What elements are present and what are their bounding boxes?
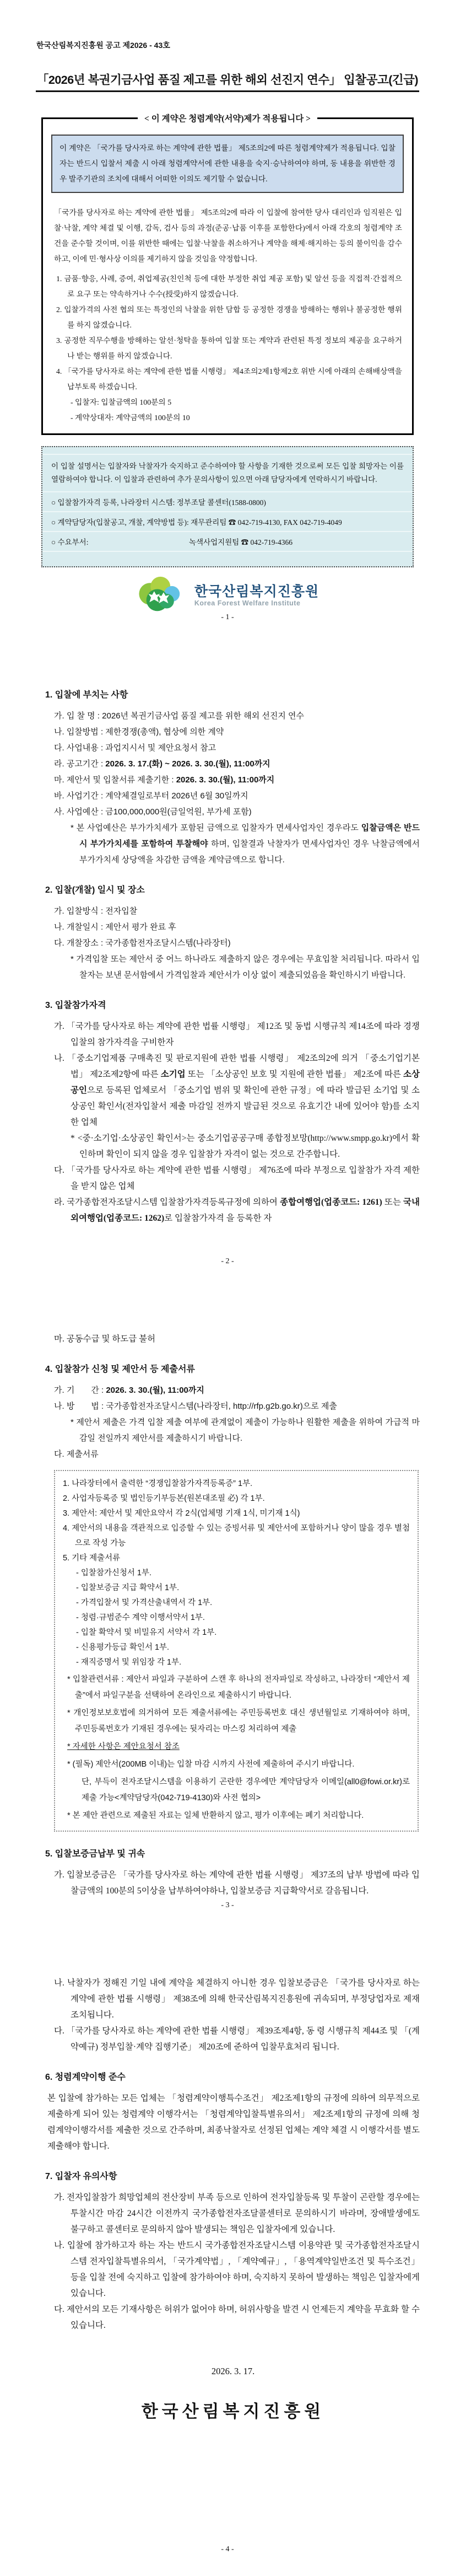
integrity-box-legend: < 이 계약은 청렴계약(서약)제가 적용됩니다 > xyxy=(138,112,317,124)
doc-list-sub-item: - 입찰 확약서 및 비밀유지 서약서 각 1부. xyxy=(76,1625,410,1640)
section-4-item: 나. 방 법 : 국가종합전자조달시스템(나라장터, http://rfp.g2… xyxy=(54,1398,420,1414)
contact-row-text: ○ 입찰참가자격 등록, 나라장터 시스템: 정부조달 콜센터(1588-080… xyxy=(51,496,266,507)
doc-list-sub-item: - 가격입찰서 및 가격산출내역서 각 1부. xyxy=(76,1596,410,1611)
section-6-body: 본 입찰에 참가하는 모든 업체는 「청렴계약이행특수조건」 제2조제1항의 규… xyxy=(47,2090,420,2154)
contact-row-demand-dept: ○ 수요부서: 녹색사업지원팀 ☎ 042-719-4366 xyxy=(42,531,413,551)
section-7-item: 가. 전자입찰참가 희망업체의 전산장비 부족 등으로 인하여 전자입찰등록 및… xyxy=(54,2189,420,2237)
section-2-item: 가. 입찰방식 : 전자입찰 xyxy=(54,903,420,919)
contact-row-label: ○ 수요부서: xyxy=(51,536,189,547)
doc-box-note: * 본 제안 관련으로 제출된 자료는 일체 반환하지 않고, 평가 이후에는 … xyxy=(67,1808,410,1824)
item-label: 라. 공고기간 : xyxy=(54,759,105,769)
pledge-item: 1. 금품·향응, 사례, 증여, 취업제공(친인척 등에 대한 부정한 취업 … xyxy=(56,271,402,302)
section-3-item: 가. 「국가를 당사자로 하는 계약에 관한 법률 시행령」 제12조 및 동법… xyxy=(54,1018,420,1050)
section-7-item: 다. 제안서의 모든 기재사항은 허위가 없어야 하며, 허위사항을 발견 시 … xyxy=(54,2301,420,2333)
item-value-bold: 2026. 3. 30.(월), 11:00까지 xyxy=(176,775,275,785)
integrity-pledge-intro: 「국가를 당사자로 하는 계약에 관한 법률」 제5조의2에 따라 이 입찰에 … xyxy=(54,205,402,267)
org-logo-korean: 한국산림복지진흥원 xyxy=(194,584,319,600)
contact-box-spacer xyxy=(42,447,413,455)
section-7-item: 나. 입찰에 참가하고자 하는 자는 반드시 국가종합전자조달시스템 이용약관 … xyxy=(54,2237,420,2301)
section-1-item: 사. 사업예산 : 금100,000,000원(금일억원, 부가세 포함) xyxy=(54,804,420,820)
item-label: 가. 기 간 : xyxy=(54,1386,106,1395)
doc-list-sub-item: - 입찰보증금 지급 확약서 1부. xyxy=(76,1581,410,1596)
section-2-item: 나. 개찰일시 : 제안서 평가 완료 후 xyxy=(54,919,420,935)
notice-number: 한국산림복지진흥원 공고 제2026 - 43호 xyxy=(36,40,455,51)
doc-box-note: * 입찰관련서류 : 제안서 파일과 구분하여 스캔 후 하나의 전자파일로 작… xyxy=(67,1672,410,1704)
item-text: 로 입찰참가자격 을 등록한 자 xyxy=(164,1214,272,1223)
section-4-heading: 4. 입찰참가 신청 및 제안서 등 제출서류 xyxy=(45,1361,420,1378)
issuing-organization: 한국산림복지진흥원 xyxy=(46,2403,420,2419)
section-1-heading: 1. 입찰에 부치는 사항 xyxy=(45,687,420,704)
page-number: - 1 - xyxy=(0,613,455,622)
doc-list-item: 4. 제안서의 내용을 객관적으로 입증할 수 있는 증빙서류 및 제안서에 포… xyxy=(63,1521,410,1551)
item-value-bold: 2026. 3. 17.(화) ~ 2026. 3. 30.(월), 11:00… xyxy=(105,759,270,769)
section-3-item: 나. 「중소기업제품 구매촉진 및 판로지원에 관한 법률 시행령」 제2조의2… xyxy=(54,1050,420,1130)
doc-list-sub-item: - 입찰참가신청서 1부. xyxy=(76,1566,410,1581)
section-1-item: 가. 입 찰 명 : 2026년 복권기금사업 품질 제고를 위한 해외 선진지… xyxy=(54,708,420,724)
section-5-item: 다. 「국가를 당사자로 하는 계약에 관한 법률 시행령」 제39조제4항, … xyxy=(54,2023,420,2055)
section-1-item: 라. 공고기간 : 2026. 3. 17.(화) ~ 2026. 3. 30.… xyxy=(54,756,420,772)
page-4: 나. 낙찰자가 정해진 기일 내에 계약을 체결하지 아니한 경우 입찰보증금은… xyxy=(0,1932,455,2576)
section-6-heading: 6. 청렴계약이행 준수 xyxy=(45,2069,420,2086)
org-logo-english: Korea Forest Welfare Institute xyxy=(194,599,319,607)
org-logo: 한국산림복지진흥원 Korea Forest Welfare Institute xyxy=(0,575,455,616)
announcement-date: 2026. 3. 17. xyxy=(46,2363,420,2379)
doc-list-sub-item: - 신용평가등급 확인서 1부. xyxy=(76,1640,410,1655)
contact-row-value: 녹색사업지원팀 ☎ 042-719-4366 xyxy=(189,536,292,547)
item-text: 또는 「소상공인 보호 및 지원에 관한 법률」 제2조에 따른 xyxy=(186,1070,403,1079)
item-text: 라. 국가종합전자조달시스템 입찰참가자격등록규정에 의하여 xyxy=(54,1198,280,1207)
item-text: 또는 xyxy=(382,1198,403,1207)
page-number: - 4 - xyxy=(0,2545,455,2554)
doc-box-note: * 자세한 사항은 제안요청서 참조 xyxy=(67,1739,410,1755)
page-1: 한국산림복지진흥원 공고 제2026 - 43호 「2026년 복권기금사업 품… xyxy=(0,0,455,644)
doc-box-note-continuation: 단, 부득이 전자조달시스템을 이용하기 곤란한 경우에만 계약담당자 이메일(… xyxy=(67,1774,410,1806)
doc-list-sub-item: - 청렴·규범준수 계약 이행서약서 1부. xyxy=(76,1611,410,1625)
title-wrap: 「2026년 복권기금사업 품질 제고를 위한 해외 선진지 연수」 입찰공고(… xyxy=(0,71,455,92)
section-1-item: 다. 사업내용 : 과업지시서 및 제안요청서 참고 xyxy=(54,740,420,756)
integrity-contract-box: < 이 계약은 청렴계약(서약)제가 적용됩니다 > 이 계약은 「국가를 당사… xyxy=(41,117,414,435)
section-7-heading: 7. 입찰자 유의사항 xyxy=(45,2169,420,2185)
doc-list-item: 1. 나라장터에서 출력한 “경쟁입찰참가자격등록증” 1부. xyxy=(63,1477,410,1491)
section-3-item: 라. 국가종합전자조달시스템 입찰참가자격등록규정에 의하여 종합여행업(업종코… xyxy=(54,1194,420,1226)
section-5-item: 가. 입찰보증금은 「국가를 당사자로 하는 계약에 관한 법률 시행령」 제3… xyxy=(54,1867,420,1899)
doc-list-item: 5. 기타 제출서류 xyxy=(63,1551,410,1566)
doc-box-note: * 개인정보보호법에 의거하여 모든 제출서류에는 주민등록번호 대신 생년월일… xyxy=(67,1705,410,1737)
item-text-bold: 소기업 xyxy=(161,1070,186,1079)
section-2-note: * 가격입찰 또는 제안서 중 어느 하나라도 제출하지 않은 경우에는 무효입… xyxy=(71,951,420,983)
integrity-pledge-items: 1. 금품·향응, 사례, 증여, 취업제공(친인척 등에 대한 부정한 취업 … xyxy=(56,271,402,426)
item-value-bold: 2026. 3. 30.(월), 11:00까지 xyxy=(106,1386,204,1395)
contact-row-contract-manager: ○ 계약담당자(입찰공고, 개찰, 계약방법 등): 재무관리팀 ☎ 042-7… xyxy=(42,511,413,531)
section-1-note: * 본 사업예산은 부가가치세가 포함된 금액으로 입찰자가 면세사업자인 경우… xyxy=(71,820,420,868)
contact-intro: 이 입찰 설명서는 입찰자와 낙찰자가 숙지하고 준수하여야 할 사항을 기재한… xyxy=(42,455,413,491)
doc-list-item: 3. 제안서: 제안서 및 제안요약서 각 2식(업체명 기재 1식, 미기재 … xyxy=(63,1506,410,1521)
section-1-item: 나. 입찰방법 : 제한경쟁(총액), 협상에 의한 계약 xyxy=(54,724,420,740)
org-logo-text: 한국산림복지진흥원 Korea Forest Welfare Institute xyxy=(194,584,319,608)
contact-row-text: ○ 계약담당자(입찰공고, 개찰, 계약방법 등): 재무관리팀 ☎ 042-7… xyxy=(51,516,342,527)
contact-row-registration: ○ 입찰참가자격 등록, 나라장터 시스템: 정부조달 콜센터(1588-080… xyxy=(42,491,413,511)
note-text: * 본 사업예산은 부가가치세가 포함된 금액으로 입찰자가 면세사업자인 경우… xyxy=(71,823,361,833)
contact-info-box: 이 입찰 설명서는 입찰자와 낙찰자가 숙지하고 준수하여야 할 사항을 기재한… xyxy=(41,446,414,567)
section-2-heading: 2. 입찰(개찰) 일시 및 장소 xyxy=(45,882,420,899)
doc-list-sub-item: - 재직증명서 및 위임장 각 1부. xyxy=(76,1655,410,1670)
section-3-item: 마. 공동수급 및 하도급 불허 xyxy=(54,1331,420,1347)
integrity-notice: 이 계약은 「국가를 당사자로 하는 계약에 관한 법률」 제5조의2에 따른 … xyxy=(51,135,404,193)
page-number: - 2 - xyxy=(0,1257,455,1266)
pledge-sub-item: - 입찰자: 입찰금액의 100분의 5 xyxy=(71,395,402,410)
item-label: 마. 제안서 및 입찰서류 제출기한 : xyxy=(54,775,176,785)
section-4-item: 다. 제출서류 xyxy=(54,1446,420,1462)
pledge-item: 2. 입찰가격의 사전 협의 또는 특정인의 낙찰을 위한 담합 등 공정한 경… xyxy=(56,302,402,333)
item-text-bold: 종합여행업(업종코드: 1261) xyxy=(280,1198,382,1207)
page-3: 마. 공동수급 및 하도급 불허 4. 입찰참가 신청 및 제안서 등 제출서류… xyxy=(0,1288,455,1932)
page-2: 1. 입찰에 부치는 사항 가. 입 찰 명 : 2026년 복권기금사업 품질… xyxy=(0,644,455,1288)
submission-documents-box: 1. 나라장터에서 출력한 “경쟁입찰참가자격등록증” 1부. 2. 사업자등록… xyxy=(54,1470,419,1832)
forest-tree-logo-icon xyxy=(136,575,189,616)
section-5-heading: 5. 입찰보증금납부 및 귀속 xyxy=(45,1846,420,1863)
pledge-item: 3. 공정한 직무수행을 방해하는 알선·청탁을 통하여 입찰 또는 계약과 관… xyxy=(56,333,402,364)
section-1-item: 바. 사업기간 : 계약체결일로부터 2026년 6월 30일까지 xyxy=(54,788,420,804)
section-1-item: 마. 제안서 및 입찰서류 제출기한 : 2026. 3. 30.(월), 11… xyxy=(54,772,420,788)
page-title: 「2026년 복권기금사업 품질 제고를 위한 해외 선진지 연수」 입찰공고(… xyxy=(36,71,419,92)
section-4-note: * 제안서 제출은 가격 입찰 제출 여부에 관계없이 제출이 가능하나 원활한… xyxy=(71,1414,420,1446)
contact-box-spacer xyxy=(42,551,413,566)
section-5-item: 나. 낙찰자가 정해진 기일 내에 계약을 체결하지 아니한 경우 입찰보증금은… xyxy=(54,1975,420,2023)
section-3-note: * <중·소기업·소상공인 확인서>는 중소기업공공구매 종합정보망(http:… xyxy=(71,1130,420,1162)
section-2-item: 다. 개찰장소 : 국가종합전자조달시스템(나라장터) xyxy=(54,935,420,951)
doc-list-item: 2. 사업자등록증 및 법인등기부등본(원본대조필 必) 각 1부. xyxy=(63,1491,410,1506)
section-4-item: 가. 기 간 : 2026. 3. 30.(월), 11:00까지 xyxy=(54,1382,420,1398)
doc-box-note: * (필독) 제안서(200MB 이내)는 입찰 마감 시까지 사전에 제출하여… xyxy=(67,1757,410,1773)
page-number: - 3 - xyxy=(0,1901,455,1910)
item-text: 으로 등록된 업체로서 「중소기업 범위 및 확인에 관한 규정」에 따라 발급… xyxy=(71,1086,420,1127)
pledge-sub-item: - 계약상대자: 계약금액의 100분의 10 xyxy=(71,410,402,426)
pledge-item: 4. 「국가를 당사자로 하는 계약에 관한 법률 시행령」 제4조의2제1항제… xyxy=(56,364,402,395)
bid-announcement-document: 한국산림복지진흥원 공고 제2026 - 43호 「2026년 복권기금사업 품… xyxy=(0,0,455,2576)
section-3-heading: 3. 입찰참가자격 xyxy=(45,997,420,1014)
section-3-item: 다. 「국가를 당사자로 하는 계약에 관한 법률 시행령」 제76조에 따라 … xyxy=(54,1162,420,1194)
